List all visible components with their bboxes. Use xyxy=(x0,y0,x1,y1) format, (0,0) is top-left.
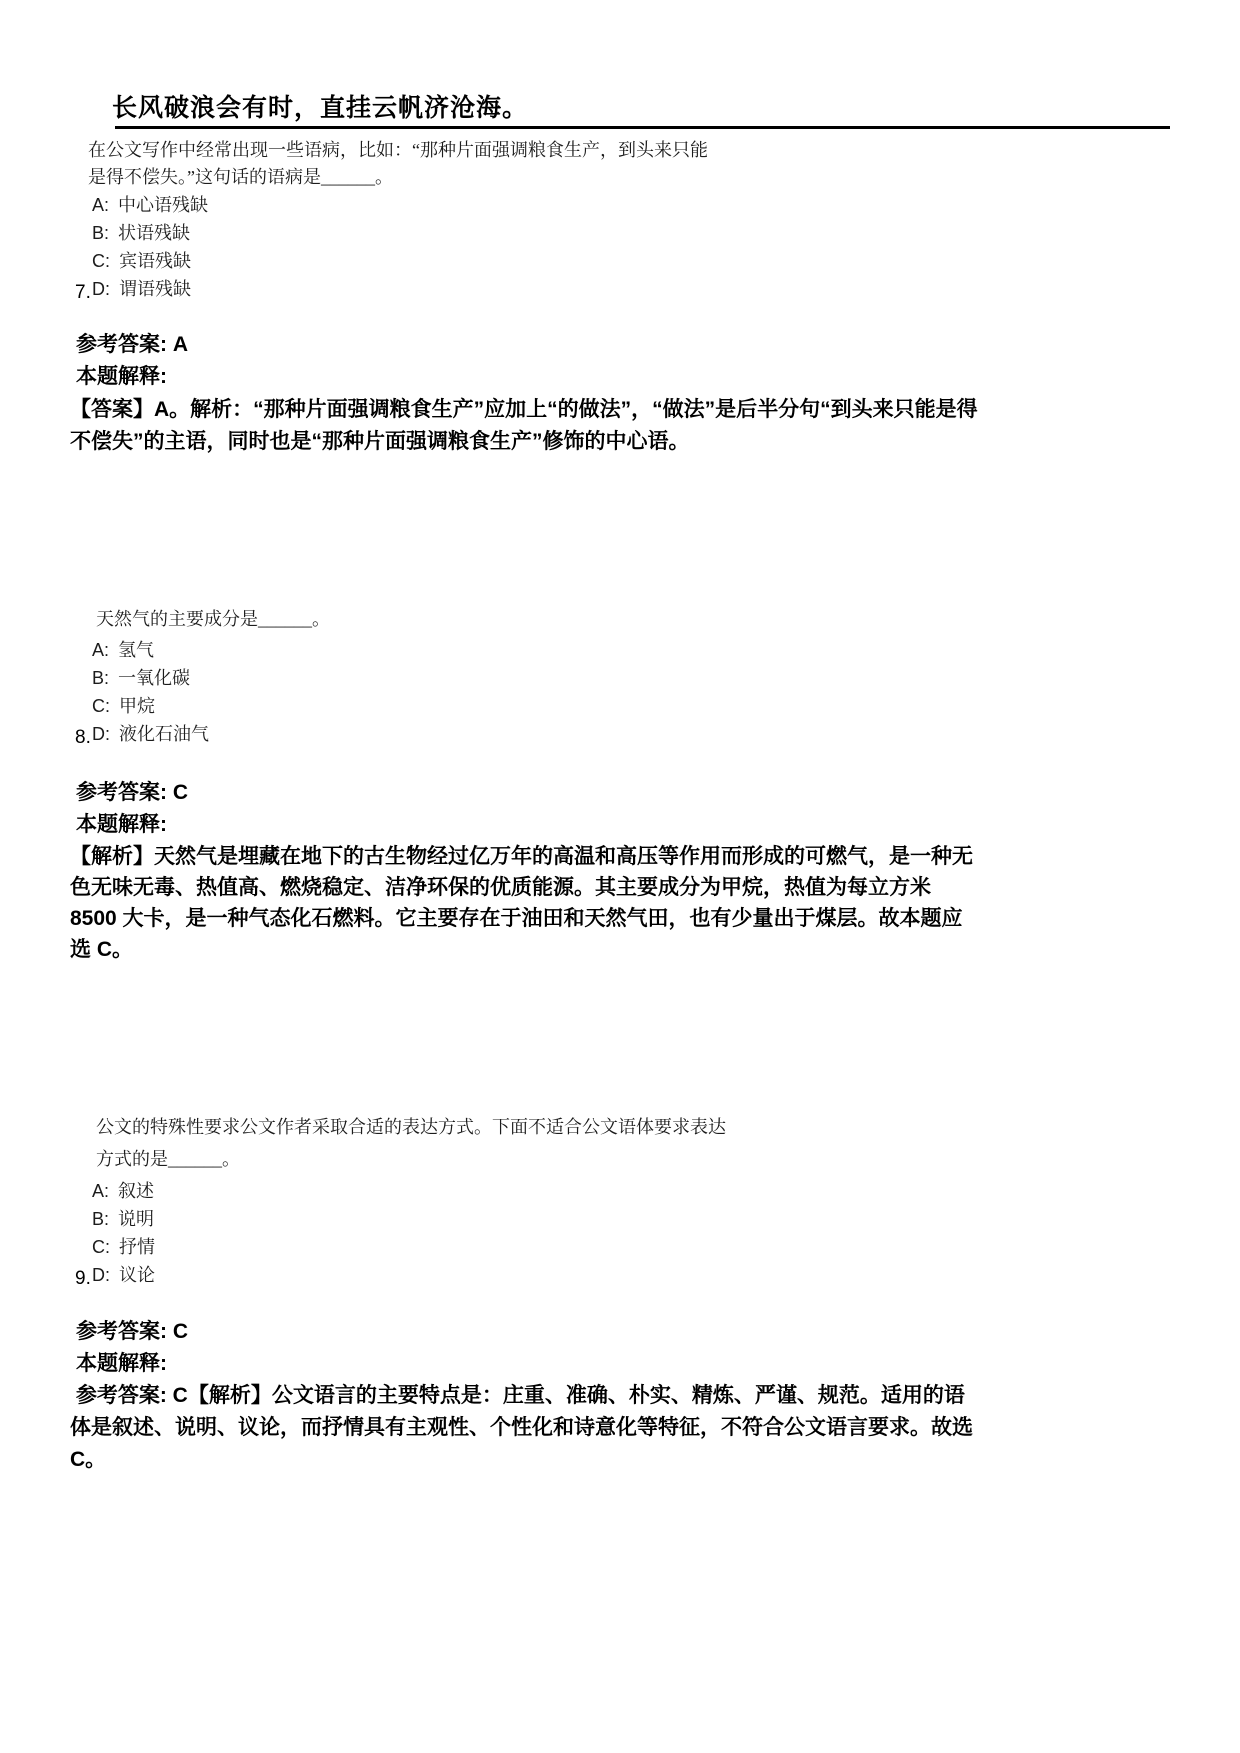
answer-line: 参考答案: A xyxy=(76,328,188,358)
explanation-line: 体是叙述、说明、议论，而抒情具有主观性、个性化和诗意化等特征，不符合公文语言要求… xyxy=(70,1411,973,1441)
option-label: D: xyxy=(92,1265,110,1285)
document-page: 长风破浪会有时，直挂云帆济沧海。 在公文写作中经常出现一些语病，比如：“那种片面… xyxy=(0,0,1240,1753)
explain-heading: 本题解释: xyxy=(76,808,167,838)
explain-heading: 本题解释: xyxy=(76,1347,167,1377)
option-text: 氢气 xyxy=(118,640,154,660)
option-label: C: xyxy=(92,1237,110,1257)
explanation-line: 参考答案: C【解析】公文语言的主要特点是：庄重、准确、朴实、精炼、严谨、规范。… xyxy=(70,1379,965,1409)
question-number: 8. xyxy=(75,727,91,749)
option-label: C: xyxy=(92,251,110,271)
explanation-line: 不偿失”的主语，同时也是“那种片面强调粮食生产”修饰的中心语。 xyxy=(70,425,690,455)
option-row-a: A:氢气 xyxy=(92,636,154,662)
option-label: D: xyxy=(92,279,110,299)
question-number: 9. xyxy=(75,1268,91,1290)
option-row-b: B:说明 xyxy=(92,1205,154,1231)
option-text: 叙述 xyxy=(118,1181,154,1201)
answer-line: 参考答案: C xyxy=(76,776,188,806)
option-text: 谓语残缺 xyxy=(119,279,191,299)
option-text: 中心语残缺 xyxy=(118,195,208,215)
option-row-c: C:甲烷 xyxy=(92,692,155,718)
option-text: 状语残缺 xyxy=(118,223,190,243)
option-label: C: xyxy=(92,696,110,716)
explanation-line: 8500 大卡，是一种气态化石燃料。它主要存在于油田和天然气田，也有少量出于煤层… xyxy=(70,902,963,932)
option-row-c: C:宾语残缺 xyxy=(92,247,191,273)
option-text: 一氧化碳 xyxy=(118,668,190,688)
option-row-a: A:中心语残缺 xyxy=(92,191,208,217)
option-row-d: D:液化石油气 xyxy=(92,720,209,746)
option-row-d: D:谓语残缺 xyxy=(92,275,191,301)
option-row-c: C:抒情 xyxy=(92,1233,155,1259)
question-stem-line: 公文的特殊性要求公文作者采取合适的表达方式。下面不适合公文语体要求表达 xyxy=(96,1113,726,1139)
option-row-a: A:叙述 xyxy=(92,1177,154,1203)
explanation-line: C。 xyxy=(70,1443,106,1473)
option-label: A: xyxy=(92,195,109,215)
option-label: A: xyxy=(92,1181,109,1201)
option-text: 液化石油气 xyxy=(119,724,209,744)
explanation-line: 选 C。 xyxy=(70,933,133,963)
option-text: 甲烷 xyxy=(119,696,155,716)
header-divider xyxy=(115,126,1170,129)
explanation-line: 【解析】天然气是埋藏在地下的古生物经过亿万年的高温和高压等作用而形成的可燃气，是… xyxy=(70,840,973,870)
option-label: B: xyxy=(92,668,109,688)
explanation-line: 色无味无毒、热值高、燃烧稳定、洁净环保的优质能源。其主要成分为甲烷，热值为每立方… xyxy=(70,871,931,901)
page-title: 长风破浪会有时，直挂云帆济沧海。 xyxy=(112,88,528,124)
option-text: 抒情 xyxy=(119,1237,155,1257)
option-text: 说明 xyxy=(118,1209,154,1229)
question-stem-line: 在公文写作中经常出现一些语病，比如：“那种片面强调粮食生产，到头来只能 xyxy=(88,136,708,162)
question-stem-line: 天然气的主要成分是______。 xyxy=(96,605,330,631)
answer-line: 参考答案: C xyxy=(76,1315,188,1345)
option-label: D: xyxy=(92,724,110,744)
question-stem-line: 方式的是______。 xyxy=(96,1145,240,1171)
explain-heading: 本题解释: xyxy=(76,360,167,390)
question-stem-line: 是得不偿失。”这句话的语病是______。 xyxy=(88,163,393,189)
explanation-line: 【答案】A。解析：“那种片面强调粮食生产”应加上“的做法”，“做法”是后半分句“… xyxy=(70,393,978,423)
option-row-b: B:状语残缺 xyxy=(92,219,190,245)
question-number: 7. xyxy=(75,282,91,304)
option-label: B: xyxy=(92,223,109,243)
option-label: A: xyxy=(92,640,109,660)
option-text: 议论 xyxy=(119,1265,155,1285)
option-label: B: xyxy=(92,1209,109,1229)
option-text: 宾语残缺 xyxy=(119,251,191,271)
option-row-d: D:议论 xyxy=(92,1261,155,1287)
option-row-b: B:一氧化碳 xyxy=(92,664,190,690)
